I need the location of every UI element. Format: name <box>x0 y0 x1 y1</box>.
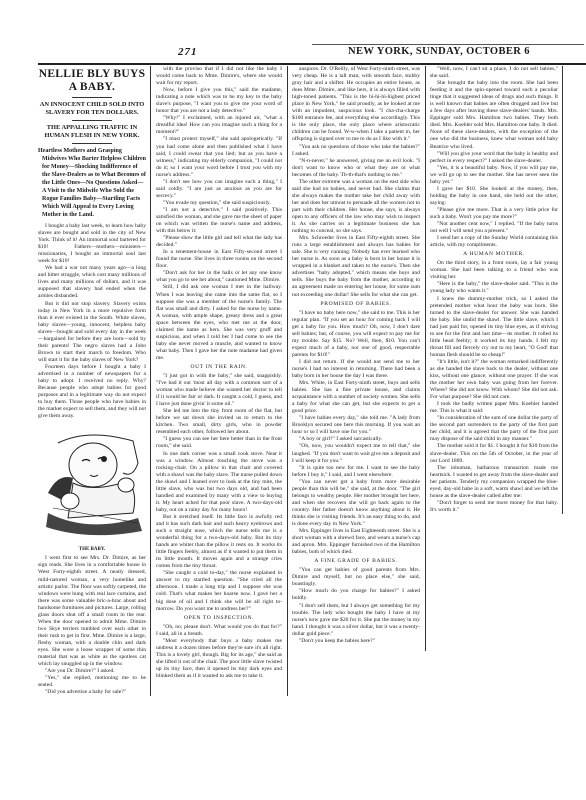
paragraph: She led me into the tiny front room of t… <box>156 408 282 436</box>
dateline: NEW YORK, SUNDAY, OCTOBER 6 <box>348 46 530 57</box>
column-rule-2 <box>287 66 288 696</box>
paragraph: Mrs. White, in East Forty-ninth street, … <box>292 380 420 415</box>
paragraph: auspices. Dr. O'Reilly, of West Forty-ni… <box>292 66 420 144</box>
paragraph: "Here is the baby," the slave-dealer sai… <box>430 281 558 295</box>
column-2: with the proviso that if I did not like … <box>156 66 282 696</box>
deck-3: Heartless Mothers and Grasping Midwives … <box>38 147 146 219</box>
subhead: A HUMAN MOTHER. <box>430 251 558 258</box>
paragraph: "I must protect myself," she said apolog… <box>156 136 282 178</box>
paragraph: "How much do you charge for babies?" I a… <box>292 588 420 602</box>
column-rule-1 <box>150 66 151 696</box>
headline: NELLIE BLY BUYS A BABY. <box>38 68 146 94</box>
paragraph: The other extreme was a woman on the eas… <box>292 179 420 235</box>
paragraph: I went first to see Mrs. Dr. Dimire, as … <box>38 555 146 668</box>
deck-2: THE APPALLING TRAFFIC IN HUMAN FLESH IN … <box>38 124 146 140</box>
paragraph: The mother sold it for $1. I bought it f… <box>430 443 558 464</box>
paragraph: "Yes, it is a beautiful baby. Now, if yo… <box>430 165 558 186</box>
paragraph: Now, before I give you this," said the m… <box>156 87 282 115</box>
paragraph: We had a war not many years ago—a long a… <box>38 265 146 300</box>
paragraph: "I am not a detective," I said positivel… <box>156 207 282 235</box>
paragraph: "Don't ask for her in the halls or let a… <box>156 270 282 284</box>
baby-illustration <box>38 423 146 543</box>
paragraph: I gave her $10. She looked at the money,… <box>430 186 558 207</box>
paragraph: "Why!" I exclaimed, with an injured air,… <box>156 115 282 136</box>
ornament-dash <box>72 97 112 98</box>
paragraph: "I don't see how you can imagine such a … <box>156 179 282 200</box>
paragraph: "It is quite too new for me. I want to s… <box>292 465 420 479</box>
paragraph: I bought a baby last week, to learn how … <box>38 223 146 265</box>
paragraph: The inhuman, barbarous transaction made … <box>430 465 558 500</box>
paragraph: with the proviso that if I did not like … <box>156 66 282 87</box>
paragraph: I send her a copy of the Sunday World co… <box>430 235 558 249</box>
ornament-dash <box>72 120 112 121</box>
paragraph: "I don't sell them, but I always get som… <box>292 603 420 638</box>
deck-1: AN INNOCENT CHILD SOLD INTO SLAVERY FOR … <box>38 101 146 117</box>
baby-sketch-icon <box>38 423 146 543</box>
paragraph: "She caught a cold to-day," the nurse ex… <box>156 570 282 612</box>
newspaper-page: 271 NEW YORK, SUNDAY, OCTOBER 6 NELLIE B… <box>0 0 586 800</box>
paragraph: "It's little, isn't it?" the woman remar… <box>430 359 558 401</box>
paragraph: "I guess you can see her here better tha… <box>156 436 282 450</box>
paragraph: On the third story, in a front room, lay… <box>430 260 558 281</box>
paragraph: "Please show the little girl and tell wh… <box>156 235 282 249</box>
paragraph: "You can get babies of good parents from… <box>292 567 420 588</box>
masthead-rule <box>312 44 584 45</box>
paragraph: "In consideration of the sum of one doll… <box>430 415 558 443</box>
paragraph: "Will you give your word that the baby i… <box>430 151 558 165</box>
paragraph: "Oh, no; please don't. What would you do… <box>156 624 282 638</box>
paragraph: Still, I did ask one woman I met in the … <box>156 284 282 362</box>
paragraph: "I have babies every day," she told me. … <box>292 415 420 436</box>
top-rule <box>38 63 586 65</box>
subhead: A FINE GRADE OF BABIES. <box>292 558 420 565</box>
paragraph: "I have no baby here now," she said to m… <box>292 310 420 359</box>
paragraph: I did not return. If she would not send … <box>292 359 420 380</box>
paragraph: I took the badly written paper Mrs. Koeh… <box>430 401 558 415</box>
paragraph: Fourteen days before I bought a baby I a… <box>38 364 146 420</box>
paragraph: In one dark corner was a small cook stov… <box>156 451 282 514</box>
paragraph: I knew the dummy-mother trick, so I aske… <box>430 296 558 359</box>
paragraph: "A boy or girl?" I asked sarcastically. <box>292 436 420 443</box>
illustration-caption: THE BABY. <box>38 546 146 553</box>
paragraph: "Not another cent now," I replied. "If t… <box>430 221 558 235</box>
paragraph: She brought the baby into the room. She … <box>430 80 558 150</box>
ornament-dash <box>72 143 112 144</box>
paragraph: "N-n-never," he answered, giving me an e… <box>292 158 420 179</box>
paragraph: In a tenement-house in East Fifty-second… <box>156 249 282 270</box>
paragraph: But it did not stop slavery. Slavery exi… <box>38 301 146 364</box>
column-1: NELLIE BLY BUYS A BABY. AN INNOCENT CHIL… <box>38 66 146 696</box>
column-4: "Well, now, I can't sit a place, I do no… <box>430 66 558 514</box>
column-rule-4 <box>562 66 563 514</box>
paragraph: "You ask no questions of those who take … <box>292 144 420 158</box>
paragraph: "Yes," she replied, motioning me to be s… <box>38 675 146 689</box>
paragraph: "Please give me more. That is a very lit… <box>430 207 558 221</box>
paragraph: "Did you advertise a baby for sale?" <box>38 689 146 696</box>
paragraph: "Don't you keep the babies here?" <box>292 638 420 645</box>
paragraph: "I just got in with the baby," she said,… <box>156 373 282 408</box>
paragraph: "Well, now, I can't sit a place, I do no… <box>430 66 558 80</box>
paragraph: "Don't forget to send me more money for … <box>430 500 558 514</box>
paragraph: Mrs. Schroeder lives in East Fifty-eight… <box>292 235 420 298</box>
column-3: auspices. Dr. O'Reilly, of West Forty-ni… <box>292 66 420 648</box>
paragraph: "Oh, now, you wouldn't expect me to tell… <box>292 443 420 464</box>
paragraph: "Most everybody that buys a baby makes m… <box>156 638 282 680</box>
column-rule-3 <box>425 66 426 651</box>
paragraph: But it stretched itself. Its little face… <box>156 514 282 570</box>
subhead: OPEN TO INSPECTION. <box>156 615 282 622</box>
paragraph: "You evade my question," she said suspic… <box>156 200 282 207</box>
paragraph: "Are you Dr. Dimire?" I asked. <box>38 668 146 675</box>
paragraph: Mrs. Eppinger lives in East Eighteenth s… <box>292 528 420 556</box>
paragraph: "You can never get a baby from more desi… <box>292 479 420 528</box>
page-folio: 271 <box>178 46 198 58</box>
subhead: PROMISED OF BABIES. <box>292 301 420 308</box>
masthead: 271 NEW YORK, SUNDAY, OCTOBER 6 <box>0 40 586 60</box>
subhead: OUT IN THE RAIN. <box>156 364 282 371</box>
